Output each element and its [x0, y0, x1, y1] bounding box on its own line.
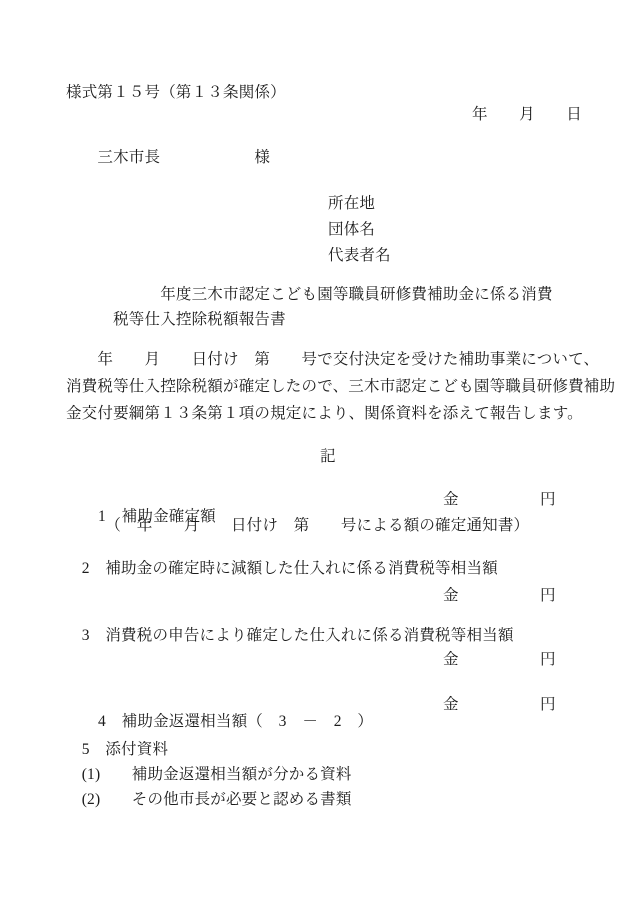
item-3-label: 3 消費税の申告により確定した仕入れに係る消費税等相当額 — [66, 627, 514, 644]
date-line: 年 月 日 — [472, 106, 582, 123]
item-1-amount-unit: 円 — [540, 491, 556, 508]
body-paragraph-line1: 年 月 日付け 第 号で交付決定を受けた補助事業について、 — [66, 351, 599, 368]
document-title-line2: 税等仕入控除税額報告書 — [66, 311, 286, 328]
item-2-amount-unit: 円 — [540, 587, 556, 604]
form-document-page: 様式第１５号（第１３条関係） 年 月 日 三木市長 様 所在地 団体名 代表者名… — [0, 0, 630, 903]
item-3-amount-prefix: 金 — [443, 651, 459, 668]
item-4-amount-unit: 円 — [540, 696, 556, 713]
item-5-sub-1: (1) 補助金返還相当額が分かる資料 — [66, 766, 352, 783]
item-3-amount-unit: 円 — [540, 651, 556, 668]
body-paragraph-line2: 消費税等仕入控除税額が確定したので、三木市認定こども園等職員研修費補助 — [66, 378, 615, 395]
item-1-amount-prefix: 金 — [443, 491, 459, 508]
item-4-amount-prefix: 金 — [443, 696, 459, 713]
item-5-label: 5 添付資料 — [66, 741, 168, 758]
sender-organization-label: 団体名 — [328, 221, 375, 238]
form-number: 様式第１５号（第１３条関係） — [66, 84, 286, 101]
body-paragraph-line3: 金交付要綱第１３条第１項の規定により、関係資料を添えて報告します。 — [66, 405, 583, 422]
sender-address-label: 所在地 — [328, 195, 375, 212]
item-2-amount-row: 金 円 — [66, 587, 590, 655]
item-2-label: 2 補助金の確定時に減額した仕入れに係る消費税等相当額 — [66, 560, 498, 577]
item-1-note: （ 年 月 日付け 第 号による額の確定通知書） — [66, 517, 529, 534]
sender-representative-label: 代表者名 — [328, 247, 391, 264]
item-5-sub-2: (2) その他市長が必要と認める書類 — [66, 791, 352, 808]
document-title-line1: 年度三木市認定こども園等職員研修費補助金に係る消費 — [66, 286, 553, 303]
item-2-amount-prefix: 金 — [443, 587, 459, 604]
recipient-line: 三木市長 様 — [66, 149, 270, 166]
record-heading: 記 — [66, 448, 590, 465]
item-4-label: 4 補助金返還相当額（ 3 － 2 ） — [82, 713, 373, 730]
